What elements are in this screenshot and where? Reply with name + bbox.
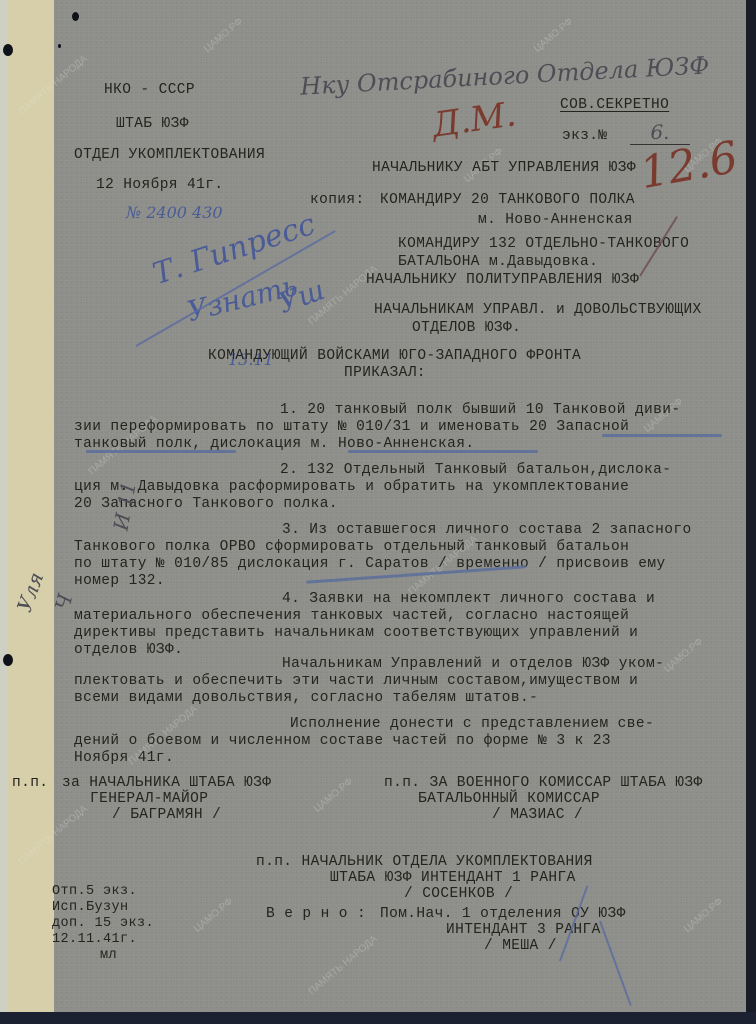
blue-underline bbox=[602, 434, 722, 437]
addressee-5: БАТАЛЬОНА м.Давыдовка. bbox=[398, 254, 598, 270]
binding-margin bbox=[7, 0, 54, 1024]
body-line: Исполнение донести с представлением све- bbox=[290, 716, 654, 732]
body-line: всеми видами довольствия, согласно табел… bbox=[74, 690, 538, 706]
verno-line1: Пом.Нач. 1 отделения ОУ ЮЗФ bbox=[380, 906, 626, 922]
body-line: дений о боевом и численном составе часте… bbox=[74, 733, 611, 749]
addressee-3: м. Ново-Анненская bbox=[478, 212, 633, 228]
addressee-2: КОМАНДИРУ 20 ТАНКОВОГО ПОЛКА bbox=[380, 192, 635, 208]
body-line: директивы представить начальникам соотве… bbox=[74, 625, 638, 641]
body-line: номер 132. bbox=[74, 573, 165, 589]
copy-prefix: копия: bbox=[310, 192, 365, 208]
verno-line3: / МЕША / bbox=[484, 938, 557, 954]
addressee-6: НАЧАЛЬНИКУ ПОЛИТУПРАВЛЕНИЯ ЮЗФ bbox=[366, 272, 639, 288]
header-date: 12 Ноября 41г. bbox=[96, 177, 223, 193]
footer-date: 12.11.41г. bbox=[52, 932, 137, 948]
sig-center-line2: ШТАБА ЮЗФ ИНТЕНДАНТ 1 РАНГА bbox=[330, 870, 576, 886]
punch-hole bbox=[3, 654, 13, 666]
sig-right-line1: п.п. ЗА ВОЕННОГО КОМИССАР ШТАБА ЮЗФ bbox=[384, 775, 703, 791]
body-line: 1. 20 танковый полк бывший 10 Танковой д… bbox=[280, 402, 680, 418]
sig-right-line2: БАТАЛЬОННЫЙ КОМИССАР bbox=[418, 791, 600, 807]
body-line: Ноября 41г. bbox=[74, 750, 174, 766]
punch-hole bbox=[3, 44, 13, 56]
addressee-8: ОТДЕЛОВ ЮЗФ. bbox=[412, 320, 521, 336]
body-line: 2. 132 Отдельный Танковый батальон,дисло… bbox=[280, 462, 671, 478]
copy-label: экз.№ bbox=[562, 128, 608, 144]
sig-center-line3: / СОСЕНКОВ / bbox=[404, 886, 513, 902]
body-line: 4. Заявки на некомплект личного состава … bbox=[282, 591, 655, 607]
sig-left-line2: ГЕНЕРАЛ-МАЙОР bbox=[90, 791, 208, 807]
footer-copies: Отп.5 экз. bbox=[52, 884, 137, 900]
copy-number: 6. bbox=[630, 120, 690, 145]
scan-right-edge bbox=[746, 0, 756, 1024]
body-line: материального обеспечения танковых часте… bbox=[74, 608, 629, 624]
secrecy-stamp: СОВ.СЕКРЕТНО bbox=[560, 97, 669, 113]
body-line: отделов ЮЗФ. bbox=[74, 642, 183, 658]
body-line: ция м. Давыдовка расформировать и обрати… bbox=[74, 479, 629, 495]
footer-additional: доп. 15 экз. bbox=[52, 916, 154, 932]
body-line: Танкового полка ОРВО сформировать отдель… bbox=[74, 539, 629, 555]
sig-center-line1: п.п. НАЧАЛЬНИК ОТДЕЛА УКОМПЛЕКТОВАНИЯ bbox=[256, 854, 593, 870]
body-line: зии переформировать по штату № 010/31 и … bbox=[74, 419, 629, 435]
sig-left-line3: / БАГРАМЯН / bbox=[112, 807, 221, 823]
verno-line2: ИНТЕНДАНТ 3 РАНГА bbox=[446, 922, 601, 938]
sig-left-pp: п.п. bbox=[12, 775, 48, 791]
addressee-1: НАЧАЛЬНИКУ АБТ УПРАВЛЕНИЯ ЮЗФ bbox=[372, 160, 636, 176]
order-title: ПРИКАЗАЛ: bbox=[344, 365, 426, 381]
addressee-7: НАЧАЛЬНИКАМ УПРАВЛ. и ДОВОЛЬСТВУЮЩИХ bbox=[374, 302, 702, 318]
sig-left-line1: за НАЧАЛЬНИКА ШТАБА ЮЗФ bbox=[62, 775, 271, 791]
body-line: плектовать и обеспечить эти части личным… bbox=[74, 673, 638, 689]
page-hole bbox=[58, 44, 61, 48]
header-org: НКО - СССР bbox=[104, 82, 195, 98]
footer-executor: Исп.Бузун bbox=[52, 900, 129, 916]
sig-right-line3: / МАЗИАС / bbox=[492, 807, 583, 823]
addressee-4: КОМАНДИРУ 132 ОТДЕЛЬНО-ТАНКОВОГО bbox=[398, 236, 689, 252]
page-hole bbox=[72, 12, 79, 21]
blue-underline bbox=[86, 450, 236, 453]
header-hq: ШТАБ ЮЗФ bbox=[116, 116, 189, 132]
body-line: 3. Из оставшегося личного состава 2 запа… bbox=[282, 522, 692, 538]
order-issuer: КОМАНДУЮЩИЙ ВОЙСКАМИ ЮГО-ЗАПАДНОГО ФРОНТ… bbox=[208, 348, 581, 364]
verno-label: В е р н о : bbox=[266, 906, 366, 922]
blue-underline bbox=[348, 450, 538, 453]
handwritten-reg-number: № 2400 430 bbox=[126, 203, 223, 222]
body-line: Начальникам Управлений и отделов ЮЗФ уко… bbox=[282, 656, 664, 672]
footer-typist: мл bbox=[100, 948, 117, 964]
body-line: по штату № 010/85 дислокация г. Саратов … bbox=[74, 556, 666, 572]
scan-bottom-edge bbox=[0, 1012, 756, 1024]
header-dept: ОТДЕЛ УКОМПЛЕКТОВАНИЯ bbox=[74, 147, 265, 163]
scan-left-strip bbox=[0, 0, 7, 1024]
